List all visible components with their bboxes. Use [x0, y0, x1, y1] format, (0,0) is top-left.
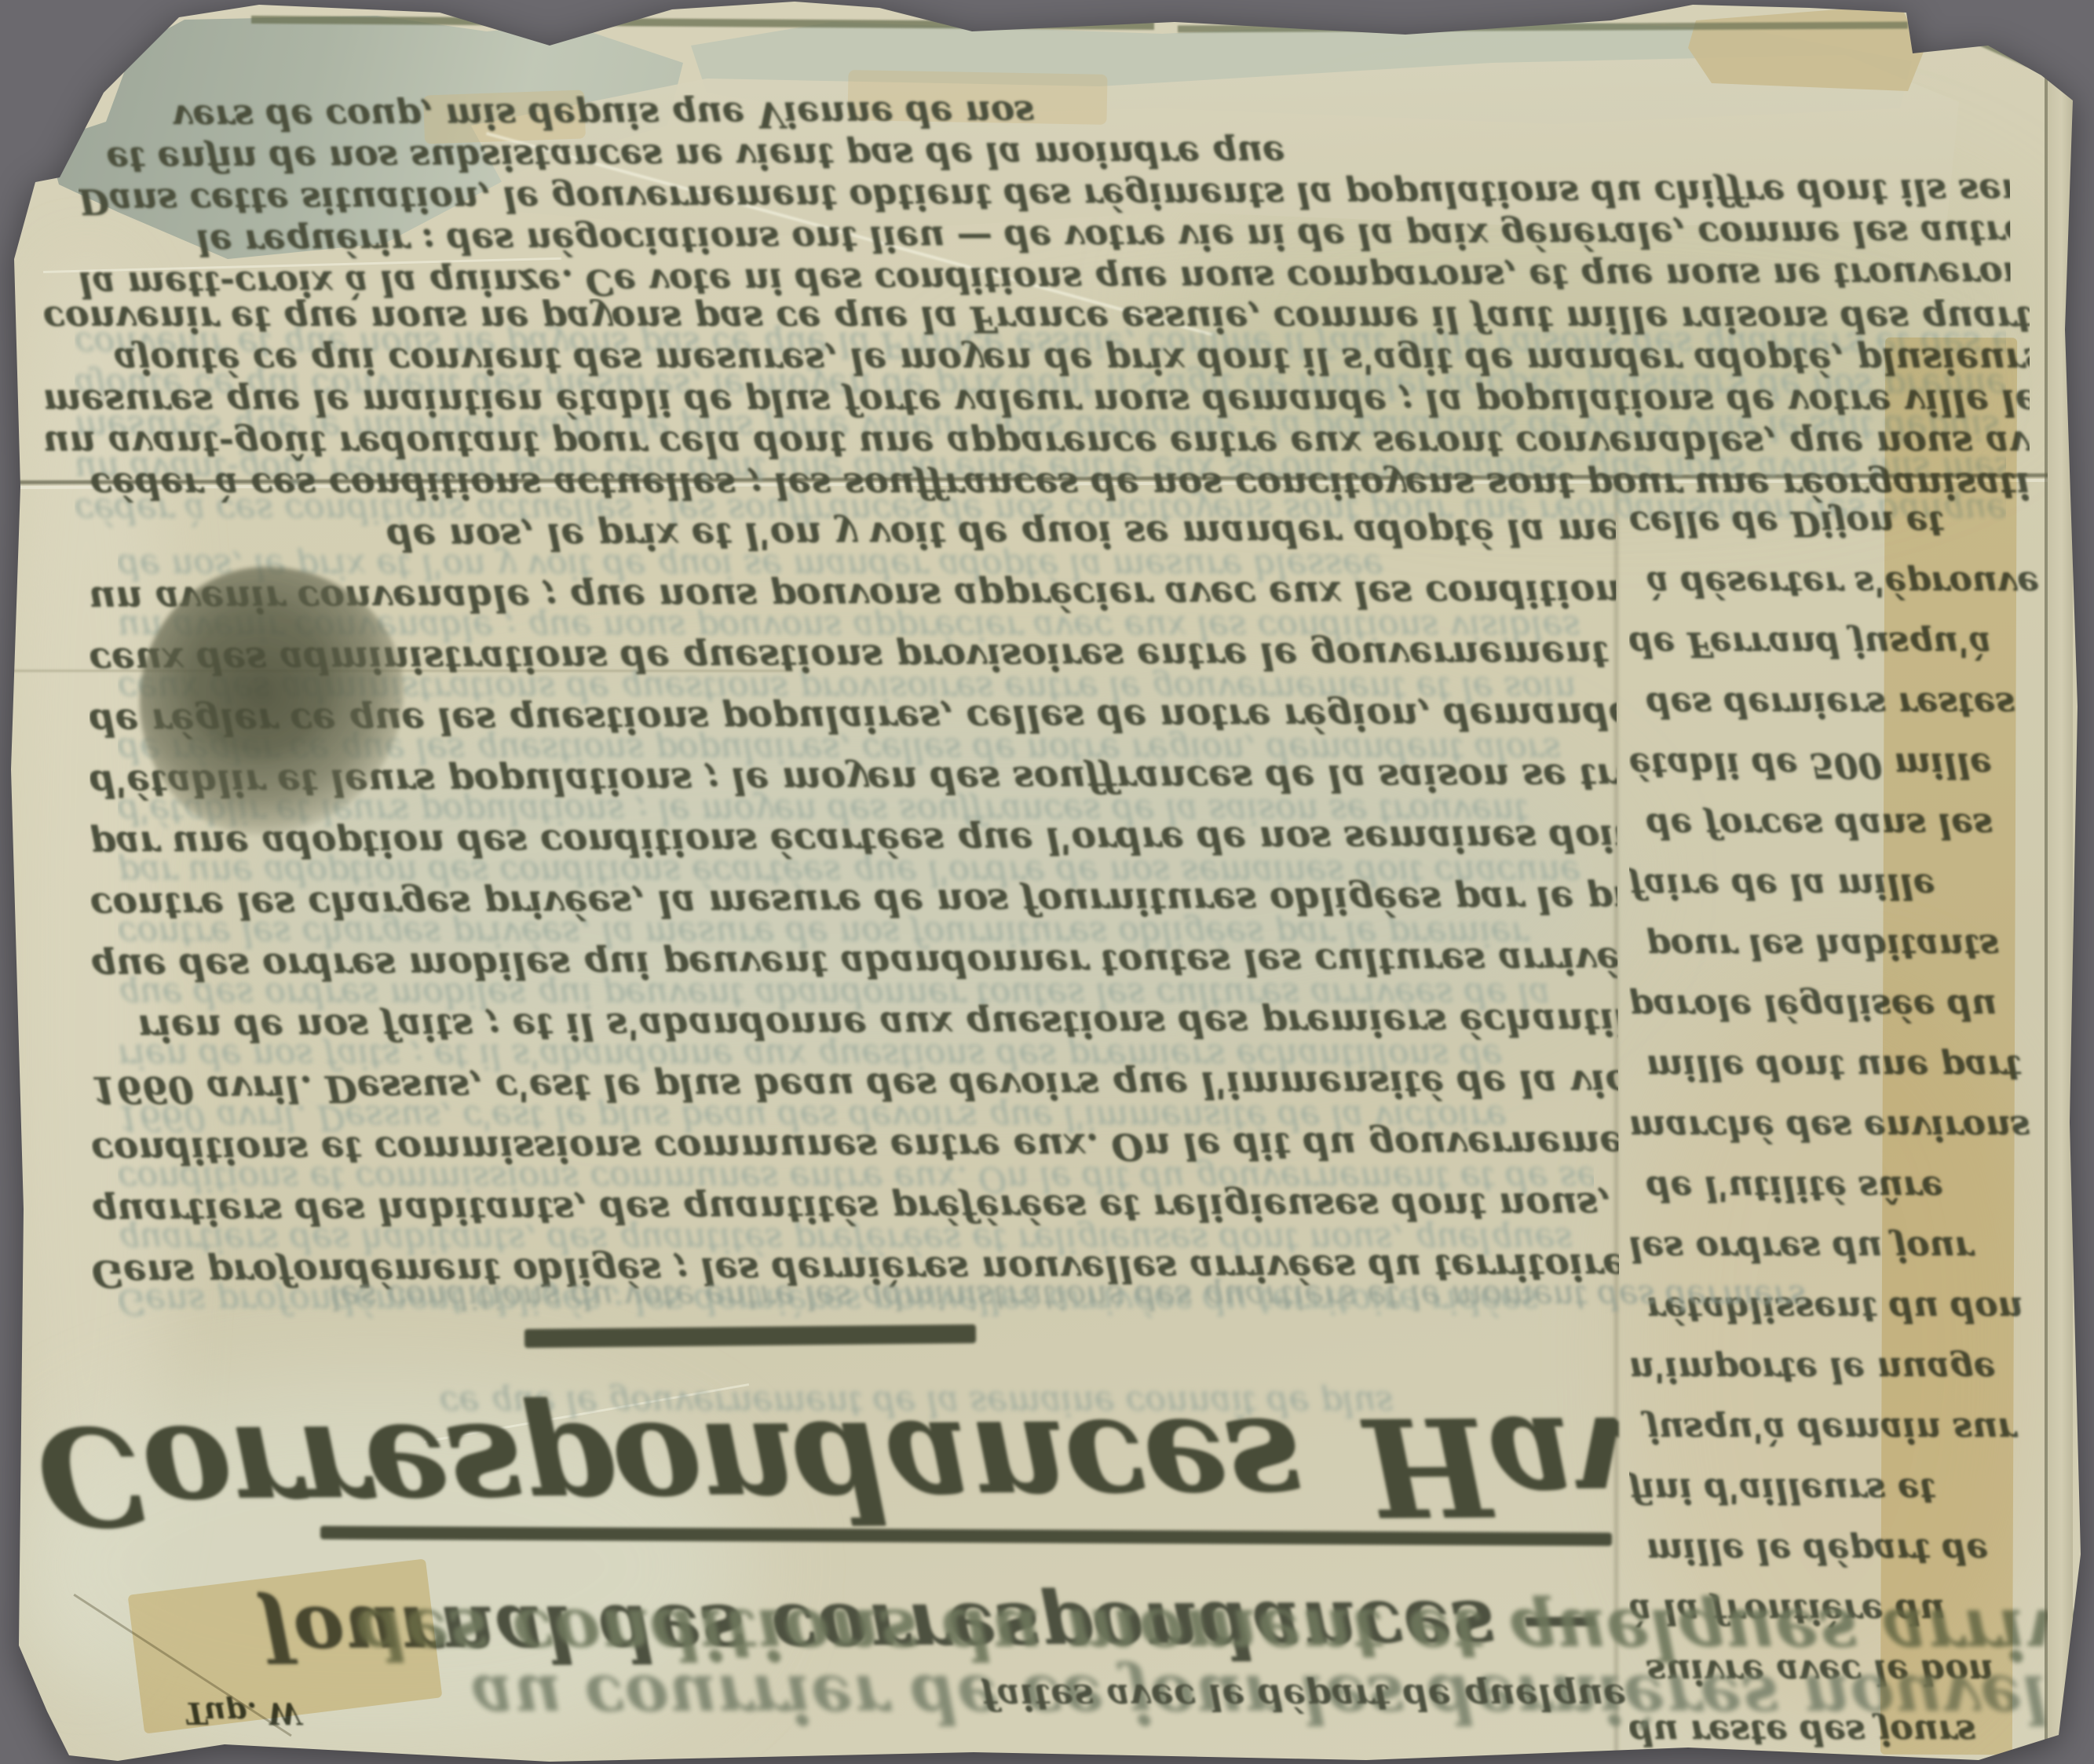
handwriting-line: conditions et commissions communes entre… — [91, 1113, 1618, 1181]
handwriting-line: quartiers des habitants, des quantités p… — [92, 1174, 1619, 1242]
torn-edge-shadow — [251, 16, 1154, 30]
torn-edge-shadow — [1178, 22, 1908, 33]
letter-sheet: vers de coup, mis depuis que Vienne de n… — [0, 0, 2094, 1764]
tape-strip-bottom-left — [128, 1558, 443, 1733]
folded-edge — [2045, 55, 2073, 1743]
handwriting-line: ajouté ce qui convient des mesures, le m… — [114, 340, 2030, 382]
tan-paper-fragment — [1688, 5, 1924, 95]
ink-seal-core — [187, 622, 336, 763]
handwriting-band-upper: convenir et que nous ne payons pas ce qu… — [43, 298, 2030, 506]
photo-of-document: vers de coup, mis depuis que Vienne de n… — [0, 0, 2094, 1764]
handwriting-line: de nos, le prix et l'on y voit de quoi s… — [387, 501, 1616, 568]
handwriting-line: contre les charges privées, la mesure de… — [90, 868, 1617, 936]
handwriting-line: rien de nos faits ; et il s'abandonne au… — [138, 991, 1618, 1058]
handwriting-line: faites avec le départ de quelques lieux … — [981, 1676, 1625, 1718]
handwriting-line: mesures que le maintien établi de plus f… — [43, 382, 2030, 423]
handwriting-line: convenir et que nous ne payons pas ce qu… — [43, 298, 2030, 340]
tape-strip-right — [1880, 338, 2017, 1755]
paper-shadow-wrap: vers de coup, mis depuis que Vienne de n… — [0, 0, 2094, 1764]
handwriting-ghost-line: les conditions du vote entre les adminis… — [330, 1278, 1806, 1317]
torn-edge-shadow — [1919, 11, 2030, 67]
handwriting-band-top: vers de coup, mis depuis que Vienne de n… — [78, 88, 2010, 306]
handwriting-line: un avant-goût redoutant pour cela dont u… — [43, 423, 2030, 465]
handwriting-line: 1660 avril. Dessus, c'est le plus beau d… — [91, 1052, 1618, 1119]
handwriting-line: que des ordres mobiles qui peuvent aband… — [90, 929, 1617, 997]
